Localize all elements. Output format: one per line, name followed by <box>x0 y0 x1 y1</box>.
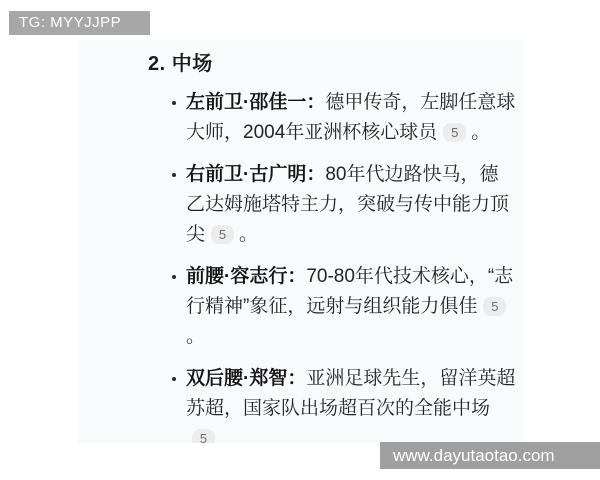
list-item-attacking-mid: 前腰·容志行：70-80年代技术核心，“志行精神”象征，远射与组织能力俱佳5。 <box>186 262 516 352</box>
list-item-left-winger: 左前卫·邵佳一：德甲传奇，左脚任意球大师，2004年亚洲杯核心球员5。 <box>186 88 516 148</box>
citation-badge[interactable]: 5 <box>192 429 215 443</box>
watermark-site-badge: www.dayutaotao.com <box>380 442 600 469</box>
bullet-dot-icon <box>172 173 176 177</box>
sentence-period: 。 <box>186 326 205 347</box>
player-role-name: 左前卫·邵佳一： <box>186 92 325 113</box>
citation-badge[interactable]: 5 <box>211 225 234 244</box>
player-role-name: 右前卫·古广明： <box>186 164 325 185</box>
list-item-defensive-mid: 双后腰·郑智：亚洲足球先生，留洋英超苏超，国家队出场超百次的全能中场5 <box>186 364 516 443</box>
sentence-period: 。 <box>239 224 258 245</box>
page: 2. 中场 左前卫·邵佳一：德甲传奇，左脚任意球大师，2004年亚洲杯核心球员5… <box>0 0 600 480</box>
bullet-dot-icon <box>172 377 176 381</box>
watermark-tg-badge: TG: MYYJJPP <box>9 11 150 35</box>
section-heading-midfield: 2. 中场 <box>148 50 523 78</box>
player-role-name: 双后腰·郑智： <box>186 368 306 389</box>
list-item-right-winger: 右前卫·古广明：80年代边路快马，德乙达姆施塔特主力，突破与传中能力顶尖5。 <box>186 160 516 250</box>
citation-badge[interactable]: 5 <box>443 123 466 142</box>
sentence-period: 。 <box>471 122 490 143</box>
bullet-dot-icon <box>172 101 176 105</box>
bullet-dot-icon <box>172 275 176 279</box>
citation-badge[interactable]: 5 <box>483 297 506 316</box>
midfield-player-list: 左前卫·邵佳一：德甲传奇，左脚任意球大师，2004年亚洲杯核心球员5。 右前卫·… <box>78 88 523 443</box>
content-card: 2. 中场 左前卫·邵佳一：德甲传奇，左脚任意球大师，2004年亚洲杯核心球员5… <box>78 40 523 443</box>
player-role-name: 前腰·容志行： <box>186 266 306 287</box>
